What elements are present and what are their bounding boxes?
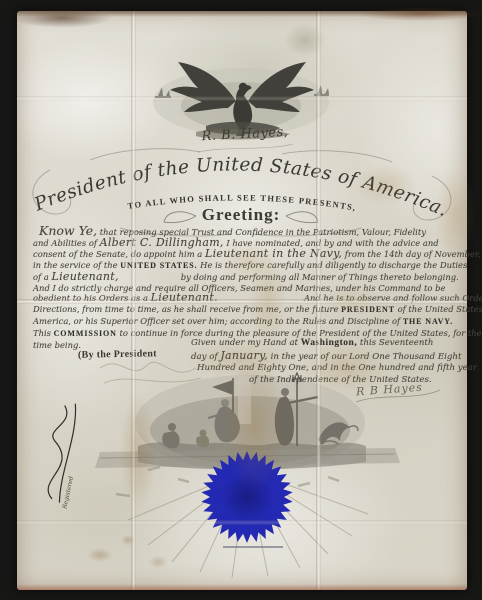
body-line-3: consent of the Senate, do appoint him a … — [33, 249, 457, 260]
testimonium-segment: this Seventeenth — [357, 338, 433, 348]
keyword-commission: COMMISSION — [54, 329, 117, 338]
body-segment: of a — [33, 272, 51, 282]
fold-crease-horizontal-middle — [17, 299, 467, 304]
body-line-9: America, or his Superior Officer set ove… — [33, 316, 457, 328]
commission-date: from the 14th day of November, 1880, — [342, 249, 482, 259]
rank-lieutenant: Lieutenant, — [51, 270, 118, 283]
testimonium-line-3: Hundred and Eighty One, and in the One h… — [197, 363, 463, 375]
body-segment: and Abilities of — [33, 238, 100, 248]
body-segment: time being. — [33, 340, 81, 350]
fold-crease-horizontal-top — [17, 96, 467, 101]
body-segment: He is therefore carefully and diligently… — [198, 260, 468, 270]
body-segment: consent of the Senate, do appoint him a — [33, 249, 205, 259]
burnt-top-edge — [17, 11, 467, 17]
photo-of-document: President of the United States of Americ… — [0, 0, 482, 600]
fold-crease-horizontal-bottom — [17, 520, 467, 525]
testimonium-segment: Given under my Hand at — [191, 338, 301, 348]
testimonium-line-2: day of January, in the year of our Lord … — [191, 350, 463, 364]
rank-lieutenant-in-navy: Lieutenant in the Navy, — [205, 247, 342, 260]
testimonium-segment: in the year of our Lord One Thousand Eig… — [268, 352, 462, 362]
by-the-president-label: (By the President — [78, 348, 157, 360]
keyword-the-navy: THE NAVY. — [403, 317, 453, 326]
testimonium-segment: Hundred and Eighty One, and in the One h… — [197, 363, 477, 373]
greeting: Greeting: — [0, 205, 482, 225]
toned-bottom-edge — [17, 584, 467, 590]
body-segment: Directions, from time to time, as he sha… — [33, 304, 341, 314]
signing-month: January, — [220, 349, 268, 362]
know-ye: Know Ye, — [39, 223, 97, 238]
engraver-imprint — [223, 546, 283, 548]
body-segment: America, or his Superior Officer set ove… — [33, 316, 403, 326]
body-line-6: And I do strictly charge and require all… — [33, 283, 457, 294]
testimonium-segment: day of — [191, 352, 220, 362]
keyword-president: PRESIDENT — [341, 305, 395, 314]
body-segment: to continue in force during the pleasure… — [117, 328, 482, 338]
body-segment: in the service of the — [33, 260, 120, 270]
testimonium: Given under my Hand at Washington, this … — [191, 338, 463, 386]
body-segment: of the United States of — [395, 304, 482, 314]
body-segment: This — [33, 328, 54, 338]
body-segment: And I do strictly charge and require all… — [33, 283, 445, 293]
commission-body: Know Ye, that reposing special Trust and… — [33, 226, 457, 351]
place-washington: Washington, — [301, 338, 357, 348]
body-line-8: Directions, from time to time, as he sha… — [33, 304, 457, 316]
body-line-5: of a Lieutenant,by doing and performing … — [33, 272, 457, 283]
